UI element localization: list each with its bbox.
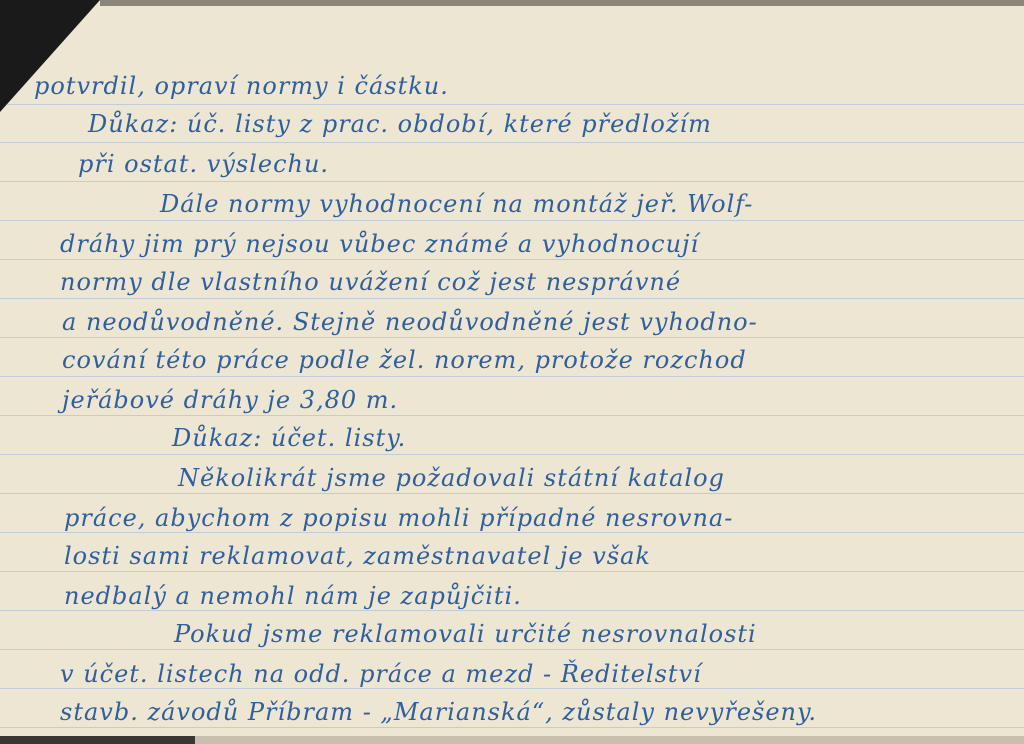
text-line: dráhy jim prý nejsou vůbec známé a vyhod… <box>60 230 699 258</box>
text-line: Důkaz: účet. listy. <box>172 424 406 452</box>
text-line: jeřábové dráhy je 3,80 m. <box>62 386 398 414</box>
ruled-line <box>0 688 1024 689</box>
ruled-line <box>0 610 1024 611</box>
text-line: losti sami reklamovat, zaměstnavatel je … <box>64 542 651 570</box>
text-line: Pokud jsme reklamovali určité nesrovnalo… <box>174 620 757 648</box>
ruled-line <box>0 727 1024 728</box>
ruled-line <box>0 220 1024 221</box>
ruled-line <box>0 571 1024 572</box>
text-line: v účet. listech na odd. práce a mezd - Ř… <box>60 660 702 688</box>
text-line: Několikrát jsme požadovali státní katalo… <box>178 464 725 492</box>
text-line: normy dle vlastního uvážení což jest nes… <box>60 268 681 296</box>
ruled-line <box>0 376 1024 377</box>
ruled-line <box>0 454 1024 455</box>
text-line: a neodůvodněné. Stejně neodůvodněné jest… <box>62 308 758 336</box>
ruled-line <box>0 649 1024 650</box>
paper-sheet: potvrdil, opraví normy i částku. Důkaz: … <box>0 0 1024 736</box>
text-line: nedbalý a nemohl nám je zapůjčiti. <box>64 582 522 610</box>
ruled-line <box>0 259 1024 260</box>
ruled-line <box>0 493 1024 494</box>
ruled-line <box>0 181 1024 182</box>
text-line: stavb. závodů Příbram - „Marianská“, zůs… <box>60 698 817 726</box>
text-line: Důkaz: úč. listy z prac. období, které p… <box>88 110 712 138</box>
text-line: potvrdil, opraví normy i částku. <box>34 72 449 100</box>
next-page-edge <box>195 736 1024 744</box>
text-line: při ostat. výslechu. <box>78 150 329 178</box>
ruled-line <box>0 298 1024 299</box>
text-line: Dále normy vyhodnocení na montáž jeř. Wo… <box>160 190 753 218</box>
text-line: cování této práce podle žel. norem, prot… <box>62 346 747 374</box>
text-line: práce, abychom z popisu mohli případné n… <box>64 504 733 532</box>
ruled-line <box>0 104 1024 105</box>
ruled-line <box>0 142 1024 143</box>
ruled-line <box>0 337 1024 338</box>
ruled-line <box>0 532 1024 533</box>
ruled-line <box>0 415 1024 416</box>
paper-top-edge <box>100 0 1024 6</box>
